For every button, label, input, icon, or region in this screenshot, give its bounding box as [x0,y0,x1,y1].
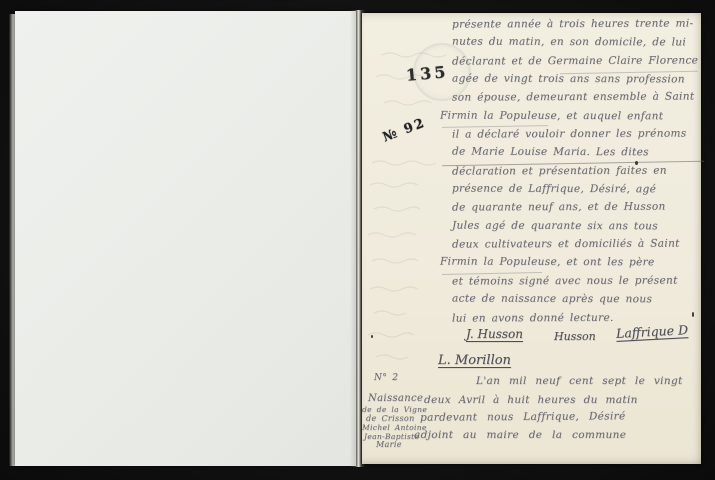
right-page-manuscript: 135 № 92 présente année à trois heures t… [362,13,701,464]
act2-margin-title: Naissance [368,393,423,404]
ink-speck [371,335,373,338]
ink-speck [692,312,694,317]
manuscript-line: Firmin la Populeuse, et auquel enfant [440,106,704,125]
act2-line: L'an mil neuf cent sept le vingt [476,375,702,387]
manuscript-line: déclarant et de Germaine Claire Florence [452,51,704,70]
manuscript-line: Firmin la Populeuse, et ont les père [440,253,704,272]
photo-backdrop: 135 № 92 présente année à trois heures t… [0,0,715,480]
act2-line: deux Avril à huit heures du matin [424,394,638,406]
manuscript-line: et témoins signé avec nous le présent [452,271,704,290]
act2-line: pardevant nous Laffrique, Désiré [420,410,626,423]
manuscript-line: son épouse, demeurant ensemble à Saint [452,88,704,107]
manuscript-line: deux cultivateurs et domiciliés à Saint [452,235,704,254]
signature-husson-1: J. Husson [466,327,523,341]
page-number-stamp: 135 [405,62,449,85]
left-page-blank [15,11,356,466]
act2-line: adjoint au maire de la commune [414,429,626,441]
manuscript-line: acte de naissance après que nous [452,290,704,309]
act2-margin-name: de de la Vigne [362,405,427,414]
act2-number: N° 2 [374,373,398,383]
signature-morillon: L. Morillon [438,353,511,368]
signature-husson-2: Husson [554,330,596,343]
act2-margin-name: Marie [376,440,402,449]
manuscript-line: présence de Laffrique, Désiré, agé [452,180,704,199]
ink-speck [635,161,638,165]
manuscript-line: de quarante neuf ans, et de Husson [452,198,704,217]
act-text-block: présente année à trois heures trente mi-… [452,15,704,327]
manuscript-line: de Marie Louise Maria. Les dites [452,143,704,162]
manuscript-line: Jules agé de quarante six ans tous [452,216,704,235]
manuscript-line: il a déclaré vouloir donner les prénoms [452,125,704,144]
manuscript-line: présente année à trois heures trente mi- [452,14,704,33]
act2-margin-name: de Crisson [366,414,415,423]
manuscript-line: nutes du matin, en son domicile, de lui [452,33,704,52]
